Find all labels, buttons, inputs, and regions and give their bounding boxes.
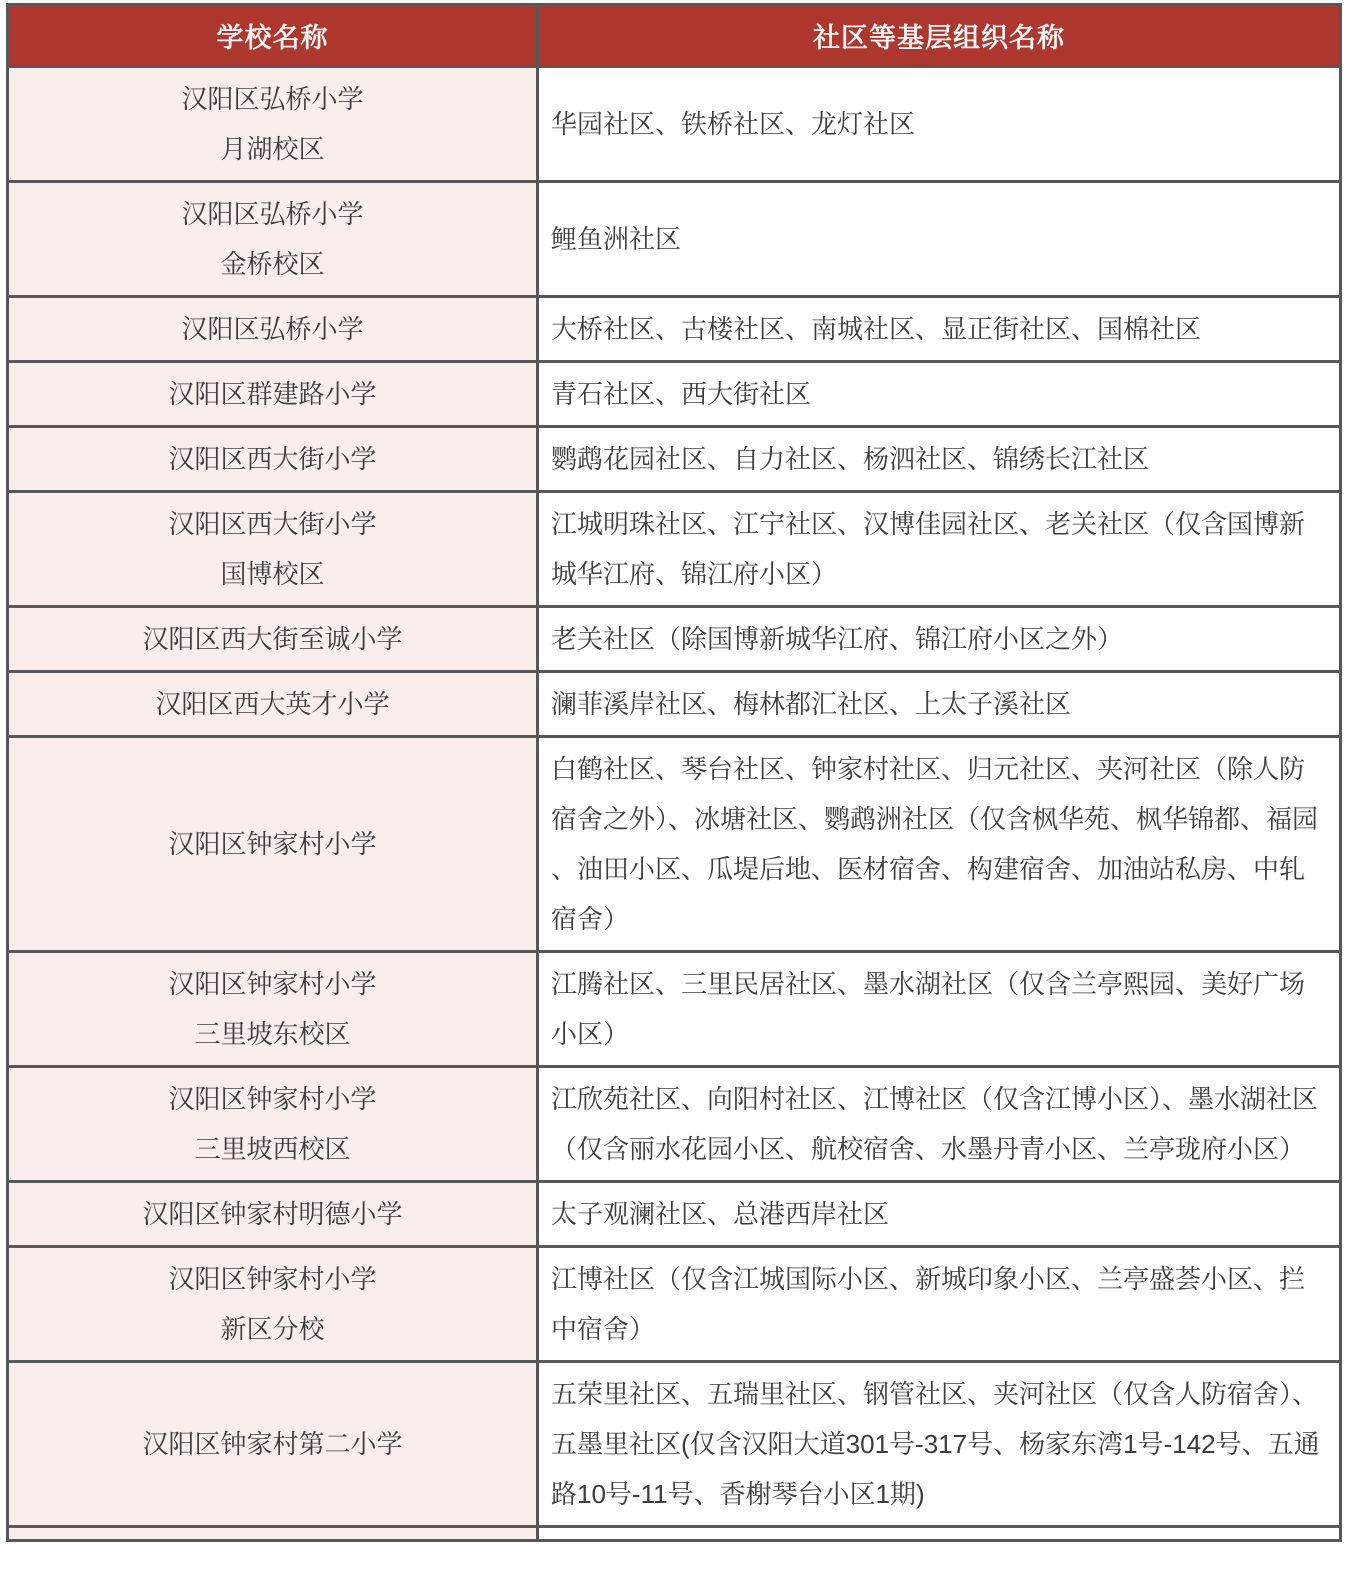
- school-cell: 汉阳区西大街小学: [8, 427, 538, 492]
- school-cell: 汉阳区弘桥小学月湖校区: [8, 67, 538, 182]
- school-cell: 汉阳区钟家村小学: [8, 737, 538, 952]
- communities-cell: 青石社区、西大街社区: [538, 362, 1341, 427]
- table-row: 汉阳区西大街小学鹦鹉花园社区、自力社区、杨泗社区、锦绣长江社区: [8, 427, 1341, 492]
- school-cell: 汉阳区弘桥小学金桥校区: [8, 182, 538, 297]
- table-body: 汉阳区弘桥小学月湖校区华园社区、铁桥社区、龙灯社区汉阳区弘桥小学金桥校区鲤鱼洲社…: [8, 67, 1341, 1541]
- communities-cell: 白鹤社区、琴台社区、钟家村社区、归元社区、夹河社区（除人防宿舍之外）、冰塘社区、…: [538, 737, 1341, 952]
- school-name-line: 汉阳区西大英才小学: [19, 679, 526, 729]
- document-page: 学校名称 社区等基层组织名称 汉阳区弘桥小学月湖校区华园社区、铁桥社区、龙灯社区…: [0, 0, 1348, 1594]
- header-school-name: 学校名称: [8, 5, 538, 67]
- school-name-line: 汉阳区钟家村小学: [19, 819, 526, 869]
- school-name-line: 汉阳区钟家村小学: [19, 1074, 526, 1124]
- table-row: 汉阳区钟家村小学新区分校江博社区（仅含江城国际小区、新城印象小区、兰亭盛荟小区、…: [8, 1247, 1341, 1362]
- school-name-line: 汉阳区钟家村明德小学: [19, 1189, 526, 1239]
- school-name-line: 新区分校: [19, 1304, 526, 1354]
- school-cell: 汉阳区弘桥小学: [8, 297, 538, 362]
- school-name-line: 汉阳区群建路小学: [19, 369, 526, 419]
- school-name-line: 三里坡东校区: [19, 1009, 526, 1059]
- table-row: 汉阳区钟家村小学三里坡东校区江腾社区、三里民居社区、墨水湖社区（仅含兰亭熙园、美…: [8, 952, 1341, 1067]
- school-name-line: 汉阳区钟家村小学: [19, 1254, 526, 1304]
- header-row: 学校名称 社区等基层组织名称: [8, 5, 1341, 67]
- school-cell: 汉阳区钟家村明德小学: [8, 1182, 538, 1247]
- school-community-table: 学校名称 社区等基层组织名称 汉阳区弘桥小学月湖校区华园社区、铁桥社区、龙灯社区…: [6, 3, 1342, 1542]
- header-community-name: 社区等基层组织名称: [538, 5, 1341, 67]
- school-name-line: 汉阳区钟家村第二小学: [19, 1419, 526, 1469]
- school-name-line: 金桥校区: [19, 239, 526, 289]
- school-name-line: 汉阳区西大街小学: [19, 499, 526, 549]
- school-name-line: 汉阳区弘桥小学: [19, 304, 526, 354]
- school-name-line: 国博校区: [19, 549, 526, 599]
- school-name-line: 汉阳区弘桥小学: [19, 74, 526, 124]
- school-name-line: 汉阳区弘桥小学: [19, 189, 526, 239]
- school-name-line: 三里坡西校区: [19, 1124, 526, 1174]
- table-row: 汉阳区钟家村第二小学五荣里社区、五瑞里社区、钢管社区、夹河社区（仅含人防宿舍）、…: [8, 1362, 1341, 1527]
- table-row: 汉阳区西大街至诚小学老关社区（除国博新城华江府、锦江府小区之外）: [8, 607, 1341, 672]
- table-header: 学校名称 社区等基层组织名称: [8, 5, 1341, 67]
- communities-cell: 江欣苑社区、向阳村社区、江博社区（仅含江博小区）、墨水湖社区（仅含丽水花园小区、…: [538, 1067, 1341, 1182]
- school-name-line: 汉阳区西大街至诚小学: [19, 614, 526, 664]
- school-name-line: 汉阳区钟家村小学: [19, 959, 526, 1009]
- school-name-line: 汉阳区西大街小学: [19, 434, 526, 484]
- table-row: 汉阳区弘桥小学金桥校区鲤鱼洲社区: [8, 182, 1341, 297]
- table-row: 汉阳区钟家村明德小学太子观澜社区、总港西岸社区: [8, 1182, 1341, 1247]
- communities-cell: 老关社区（除国博新城华江府、锦江府小区之外）: [538, 607, 1341, 672]
- communities-cell: 澜菲溪岸社区、梅林都汇社区、上太子溪社区: [538, 672, 1341, 737]
- communities-cell: [538, 1527, 1341, 1541]
- table-row: 汉阳区弘桥小学大桥社区、古楼社区、南城社区、显正街社区、国棉社区: [8, 297, 1341, 362]
- table-row: 汉阳区西大英才小学澜菲溪岸社区、梅林都汇社区、上太子溪社区: [8, 672, 1341, 737]
- communities-cell: 太子观澜社区、总港西岸社区: [538, 1182, 1341, 1247]
- school-cell: 汉阳区钟家村小学三里坡西校区: [8, 1067, 538, 1182]
- school-cell: 汉阳区钟家村小学新区分校: [8, 1247, 538, 1362]
- school-cell: 汉阳区西大街小学国博校区: [8, 492, 538, 607]
- school-cell: 汉阳区钟家村第二小学: [8, 1362, 538, 1527]
- communities-cell: 华园社区、铁桥社区、龙灯社区: [538, 67, 1341, 182]
- table-row: 汉阳区群建路小学青石社区、西大街社区: [8, 362, 1341, 427]
- table-row: 汉阳区西大街小学国博校区江城明珠社区、江宁社区、汉博佳园社区、老关社区（仅含国博…: [8, 492, 1341, 607]
- school-cell: [8, 1527, 538, 1541]
- communities-cell: 鲤鱼洲社区: [538, 182, 1341, 297]
- school-cell: 汉阳区钟家村小学三里坡东校区: [8, 952, 538, 1067]
- communities-cell: 鹦鹉花园社区、自力社区、杨泗社区、锦绣长江社区: [538, 427, 1341, 492]
- communities-cell: 五荣里社区、五瑞里社区、钢管社区、夹河社区（仅含人防宿舍）、五墨里社区(仅含汉阳…: [538, 1362, 1341, 1527]
- table-row: 汉阳区钟家村小学三里坡西校区江欣苑社区、向阳村社区、江博社区（仅含江博小区）、墨…: [8, 1067, 1341, 1182]
- communities-cell: 江腾社区、三里民居社区、墨水湖社区（仅含兰亭熙园、美好广场小区）: [538, 952, 1341, 1067]
- school-name-line: 月湖校区: [19, 124, 526, 174]
- school-cell: 汉阳区群建路小学: [8, 362, 538, 427]
- communities-cell: 江城明珠社区、江宁社区、汉博佳园社区、老关社区（仅含国博新城华江府、锦江府小区）: [538, 492, 1341, 607]
- school-cell: 汉阳区西大英才小学: [8, 672, 538, 737]
- communities-cell: 江博社区（仅含江城国际小区、新城印象小区、兰亭盛荟小区、拦中宿舍）: [538, 1247, 1341, 1362]
- table-row: 汉阳区钟家村小学白鹤社区、琴台社区、钟家村社区、归元社区、夹河社区（除人防宿舍之…: [8, 737, 1341, 952]
- communities-cell: 大桥社区、古楼社区、南城社区、显正街社区、国棉社区: [538, 297, 1341, 362]
- table-row-partial: [8, 1527, 1341, 1541]
- school-cell: 汉阳区西大街至诚小学: [8, 607, 538, 672]
- table-row: 汉阳区弘桥小学月湖校区华园社区、铁桥社区、龙灯社区: [8, 67, 1341, 182]
